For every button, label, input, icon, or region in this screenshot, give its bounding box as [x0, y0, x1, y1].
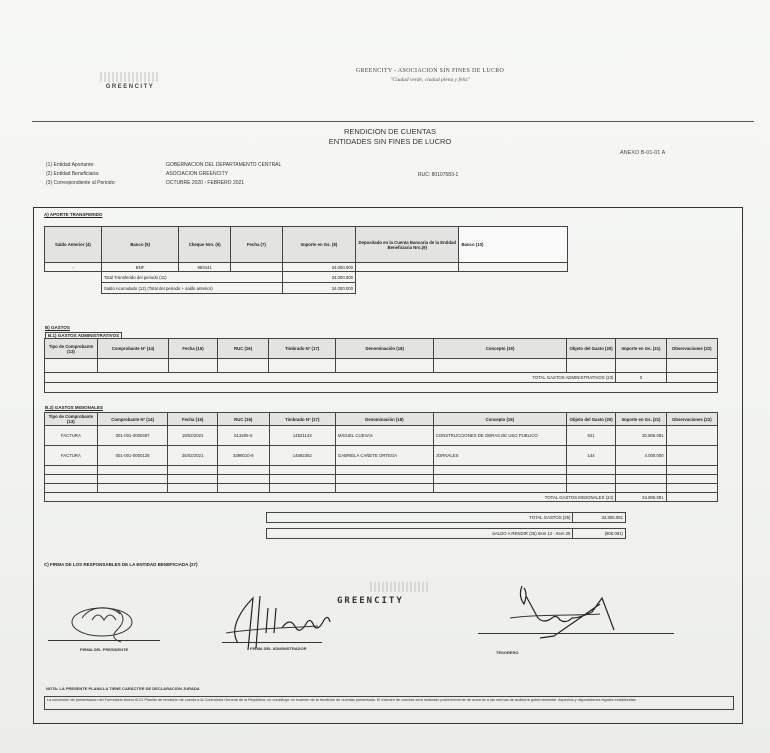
col-header: Comprobante Nº (14) — [97, 413, 168, 426]
meta-value: OCTUBRE 2020 - FEBRERO 2021 — [166, 180, 416, 189]
meta-value: GOBERNACION DEL DEPARTAMENTO CENTRAL — [166, 162, 416, 171]
administrator-signature-label: FIRMA DEL ADMINISTRADOR — [250, 646, 307, 651]
col-header: Denominación (18) — [335, 413, 433, 426]
table-row — [45, 475, 718, 484]
ruc-number: RUC: 80107583-1 — [418, 172, 458, 178]
col-header: RUC (16) — [217, 413, 269, 426]
greencity-stamp: GREENCITY — [337, 596, 404, 606]
col-header: Denominación (18) — [335, 339, 434, 359]
cell — [356, 263, 459, 272]
section-b-label: B) GASTOS — [45, 325, 70, 330]
greencity-logo: GREENCITY — [100, 72, 160, 90]
organization-motto: "Ciudad verde, ciudad plena y feliz" — [300, 77, 560, 83]
col-header: Objeto del Gasto (20) — [566, 413, 616, 426]
col-header: Banco (10) — [459, 227, 568, 263]
cell: 001-001-0000487 — [97, 426, 168, 446]
section-c-label: C) FIRMA DE LOS RESPONSABLES DE LA ENTID… — [44, 562, 198, 567]
cumulative-balance-value: 34.000.000 — [282, 283, 355, 294]
cell — [666, 426, 717, 446]
col-header: Observaciones (22) — [666, 339, 717, 359]
treasurer-signature-icon — [490, 578, 650, 648]
cell: 613406-6 — [217, 426, 269, 446]
table-row — [45, 466, 718, 475]
cell: 001-001-0000128 — [97, 446, 168, 466]
section-a-table: Saldo Anterior (4) Banco (5) Cheque Nro.… — [44, 226, 568, 294]
meta-label: (1) Entidad Aportante: — [46, 162, 166, 171]
title-line-1: RENDICION DE CUENTAS — [260, 127, 520, 137]
treasurer-signature-label: TESORERO — [496, 650, 518, 655]
cell: BNF — [101, 263, 179, 272]
cell: 19/02/2021 — [168, 426, 217, 446]
col-header: Saldo Anterior (4) — [45, 227, 102, 263]
col-header: Concepto (19) — [433, 413, 566, 426]
col-header: Banco (5) — [101, 227, 179, 263]
cell — [231, 263, 283, 272]
total-expenses-value: 34.806.081 — [573, 513, 626, 523]
document-page: GREENCITY GREENCITY - ASOCIACION SIN FIN… — [0, 0, 770, 753]
cell: - — [45, 263, 102, 272]
table-row — [45, 484, 718, 493]
president-signature-line — [48, 640, 160, 641]
admin-total-value: 0 — [616, 373, 666, 383]
total-transferred-label: Total Transferido del periodo (11) — [101, 272, 282, 283]
cell — [666, 446, 717, 466]
col-header: Timbrado Nº (17) — [269, 413, 335, 426]
col-header: Observaciones (22) — [666, 413, 717, 426]
mission-total-value: 34.806.081 — [616, 493, 666, 502]
table-row — [45, 359, 718, 373]
administrator-signature-line — [222, 642, 322, 643]
meta-label: (2) Entidad Beneficiaria: — [46, 171, 166, 180]
col-header: Importe en Gs. (21) — [616, 339, 666, 359]
cell: MIGUEL CUEVAS — [335, 426, 433, 446]
col-header: Tipo de Comprobante (13) — [45, 339, 98, 359]
mission-total-label: TOTAL GASTOS MISIONALES (24) — [45, 493, 616, 502]
total-expenses-label: TOTAL GASTOS (25) — [267, 513, 573, 523]
col-header: Timbrado Nº (17) — [269, 339, 336, 359]
cell: FACTURA — [45, 426, 98, 446]
meta-label: (3) Correspondiente al Periodo: — [46, 180, 166, 189]
col-header: Cheque Nro. (6) — [179, 227, 231, 263]
cell: 3398010-9 — [217, 446, 269, 466]
logo-text: GREENCITY — [100, 84, 160, 90]
declaration-note-heading: NOTA: LA PRESENTE PLANILLA TIENE CARÁCTE… — [46, 686, 200, 691]
meta-value: ASOCIACION GREENCITY — [166, 171, 416, 180]
col-header: Fecha (15) — [169, 339, 218, 359]
col-header: Tipo de Comprobante (13) — [45, 413, 98, 426]
cell: 14521143 — [269, 426, 335, 446]
treasurer-signature-line — [478, 633, 674, 634]
balance-due-value: (806.081) — [573, 529, 626, 539]
col-header: Importe en Gs. (21) — [616, 413, 666, 426]
total-transferred-value: 34.000.000 — [282, 272, 355, 283]
cell: 26/02/2021 — [168, 446, 217, 466]
president-signature-label: FIRMA DEL PRESIDENTE — [80, 647, 128, 652]
cell: 983441 — [179, 263, 231, 272]
admin-expenses-table: Tipo de Comprobante (13) Comprobante Nº … — [44, 338, 718, 393]
title-line-2: ENTIDADES SIN FINES DE LUCRO — [260, 137, 520, 147]
stamp-mark-icon — [370, 582, 430, 592]
cell: 30.806.081 — [616, 426, 666, 446]
cell: FACTURA — [45, 446, 98, 466]
col-header: Fecha (15) — [168, 413, 217, 426]
cell: 521 — [566, 426, 616, 446]
header-divider — [32, 121, 754, 122]
logo-mark-icon — [100, 72, 160, 82]
organization-header: GREENCITY - ASOCIACION SIN FINES DE LUCR… — [300, 68, 560, 83]
cell: 144 — [566, 446, 616, 466]
balance-due-label: SALDO A RENDIR (26) Item 12 - Item 25 — [267, 529, 573, 539]
col-header: Objeto del Gasto (20) — [566, 339, 616, 359]
totals-table: TOTAL GASTOS (25) 34.806.081 SALDO A REN… — [266, 512, 626, 539]
mission-expenses-table: Tipo de Comprobante (13) Comprobante Nº … — [44, 412, 718, 502]
entity-info: (1) Entidad Aportante:GOBERNACION DEL DE… — [46, 162, 416, 189]
president-signature-icon — [62, 598, 152, 646]
cell: 14582362 — [269, 446, 335, 466]
cell: GABRIELA CAÑETE ORTEGA — [335, 446, 433, 466]
annex-code: ANEXO B-01-01 A — [620, 150, 665, 156]
col-header: Depositado en la Cuenta Bancaria de la E… — [356, 227, 459, 263]
col-header: RUC (16) — [217, 339, 268, 359]
section-a-label: A) APORTE TRANSFERIDO — [44, 212, 102, 217]
admin-total-label: TOTAL GASTOS ADMINISTRATIVOS (23) — [45, 373, 616, 383]
table-row: FACTURA 001-001-0000128 26/02/2021 33980… — [45, 446, 718, 466]
cell: 34.000.000 — [282, 263, 355, 272]
cell: CONSTRUCCIONES DE OBRAS DE USO PUBLICO — [433, 426, 566, 446]
cell — [459, 263, 568, 272]
cell: JORNALES — [433, 446, 566, 466]
document-title: RENDICION DE CUENTAS ENTIDADES SIN FINES… — [260, 127, 520, 147]
cell: 4.000.000 — [616, 446, 666, 466]
table-row: FACTURA 001-001-0000487 19/02/2021 61340… — [45, 426, 718, 446]
col-header: Fecha (7) — [231, 227, 283, 263]
declaration-note-body: La concesión de presentación del Formula… — [44, 696, 734, 710]
col-header: Importe en Gs. (8) — [282, 227, 355, 263]
cumulative-balance-label: Saldo Acumulado (12) (Total del periodo … — [101, 283, 282, 294]
organization-name: GREENCITY - ASOCIACION SIN FINES DE LUCR… — [300, 68, 560, 74]
col-header: Comprobante Nº (14) — [97, 339, 168, 359]
section-b2-label: B.2) GASTOS MISIONALES — [45, 405, 103, 410]
col-header: Concepto (19) — [434, 339, 566, 359]
table-row: - BNF 983441 34.000.000 — [45, 263, 568, 272]
